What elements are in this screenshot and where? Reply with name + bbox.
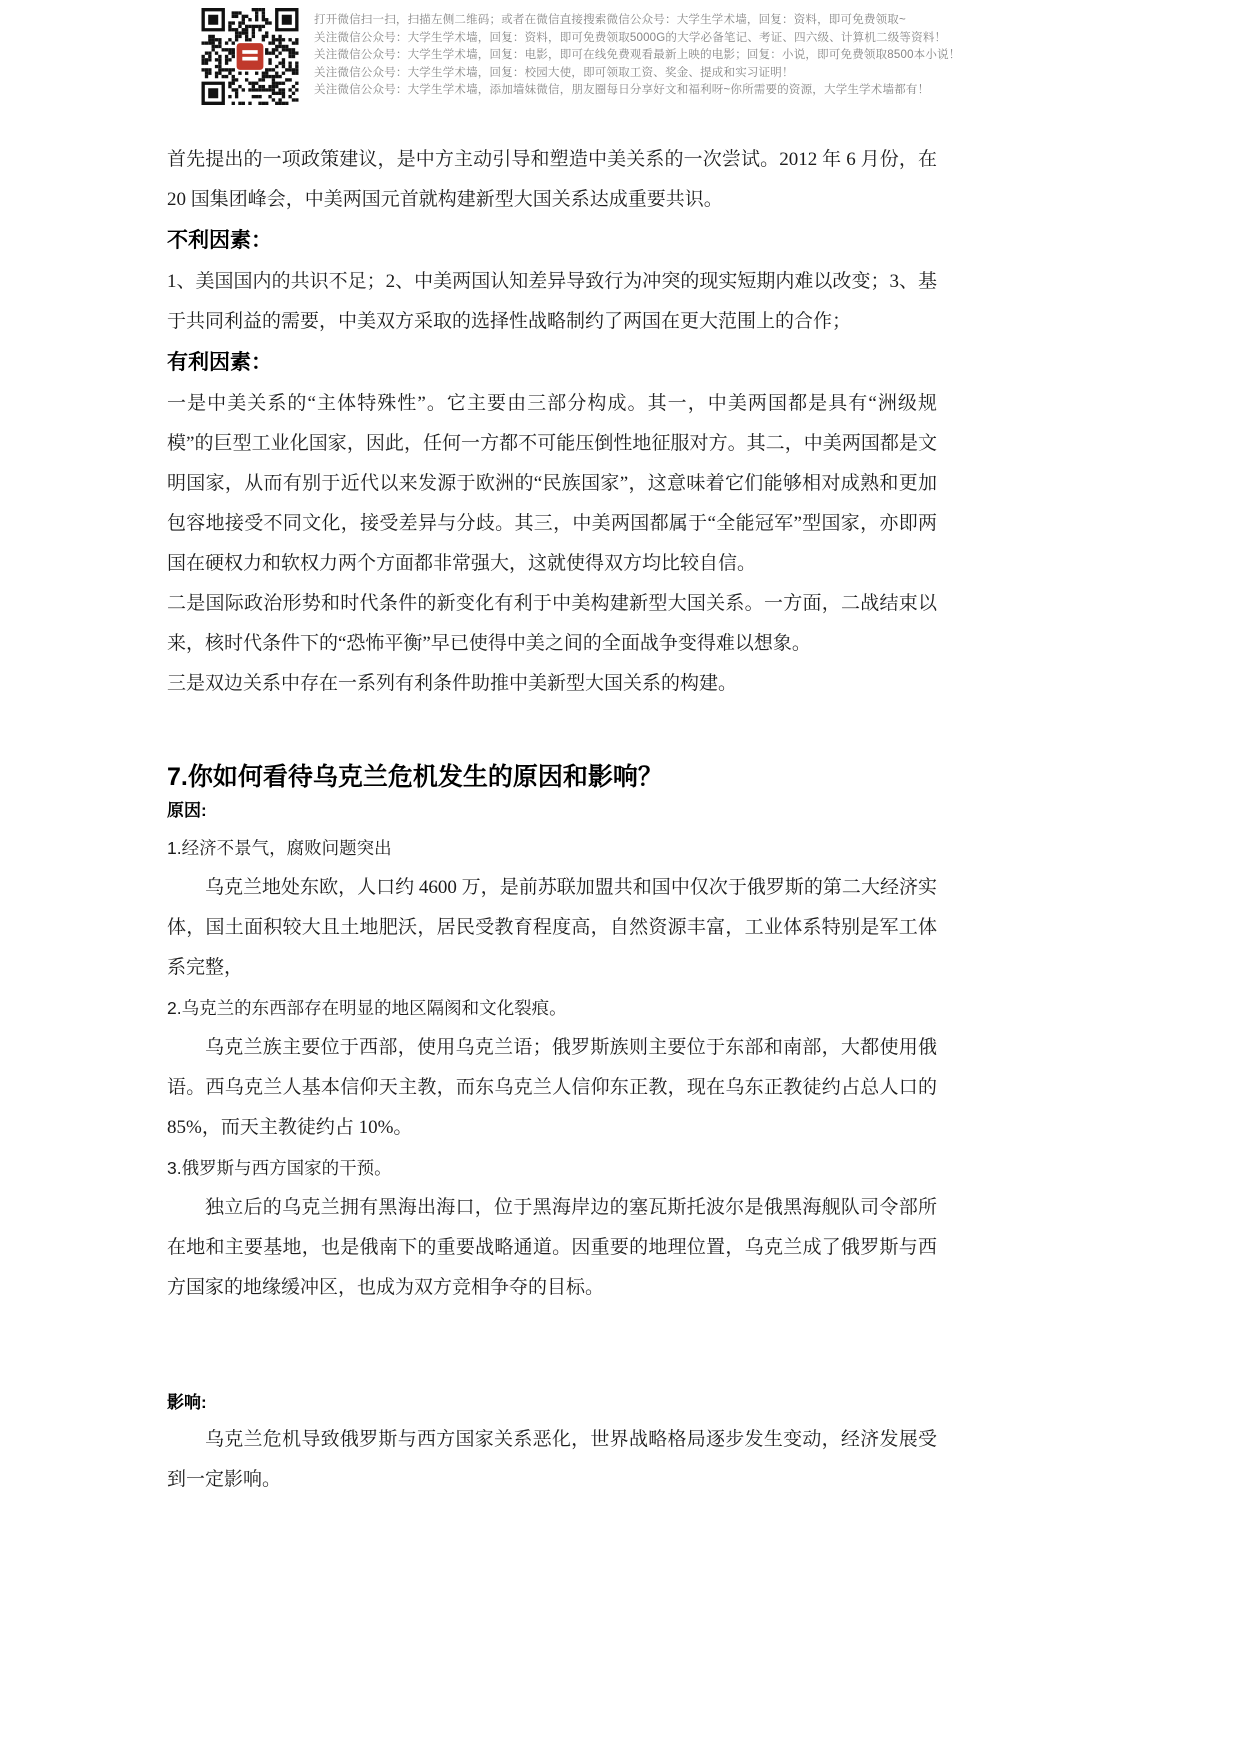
watermark-text-lines: 打开微信扫一扫，扫描左侧二维码；或者在微信直接搜索微信公众号：大学生学术墙，回复… [314, 8, 960, 100]
causes-heading: 原因: [167, 794, 937, 828]
favorable-factor-1: 一是中美关系的“主体特殊性”。它主要由三部分构成。其一，中美两国都是具有“洲级规… [167, 384, 937, 584]
cause-3-title: 3.俄罗斯与西方国家的干预。 [167, 1148, 937, 1188]
favorable-factor-2: 二是国际政治形势和时代条件的新变化有利于中美构建新型大国关系。一方面，二战结束以… [167, 584, 937, 664]
watermark-line: 关注微信公众号：大学生学术墙，回复：资料，即可免费领取5000G的大学必备笔记、… [314, 30, 960, 48]
cause-1-detail: 乌克兰地处东欧，人口约 4600 万，是前苏联加盟共和国中仅次于俄罗斯的第二大经… [167, 868, 937, 988]
qr-code-icon [200, 8, 300, 105]
watermark-line: 打开微信扫一扫，扫描左侧二维码；或者在微信直接搜索微信公众号：大学生学术墙，回复… [314, 12, 960, 30]
qr-center-logo [237, 43, 264, 70]
wechat-watermark-header: 打开微信扫一扫，扫描左侧二维码；或者在微信直接搜索微信公众号：大学生学术墙，回复… [200, 8, 960, 105]
question-7-heading: 7.你如何看待乌克兰危机发生的原因和影响？ [167, 760, 937, 794]
cause-2-title: 2.乌克兰的东西部存在明显的地区隔阂和文化裂痕。 [167, 988, 937, 1028]
watermark-line: 关注微信公众号：大学生学术墙，回复：校园大使，即可领取工资、奖金、提成和实习证明… [314, 65, 960, 83]
intro-paragraph: 首先提出的一项政策建议，是中方主动引导和塑造中美关系的一次尝试。2012 年 6… [167, 140, 937, 220]
watermark-line: 关注微信公众号：大学生学术墙，回复：电影，即可在线免费观看最新上映的电影；回复：… [314, 47, 960, 65]
impact-heading: 影响: [167, 1386, 937, 1420]
watermark-line: 关注微信公众号：大学生学术墙，添加墙妹微信，朋友圈每日分享好文和福利呀~你所需要… [314, 82, 960, 100]
document-page: 打开微信扫一扫，扫描左侧二维码；或者在微信直接搜索微信公众号：大学生学术墙，回复… [0, 0, 1240, 1755]
unfavorable-factors-heading: 不利因素： [167, 220, 937, 262]
impact-detail: 乌克兰危机导致俄罗斯与西方国家关系恶化，世界战略格局逐步发生变动，经济发展受到一… [167, 1420, 937, 1500]
document-body: 首先提出的一项政策建议，是中方主动引导和塑造中美关系的一次尝试。2012 年 6… [167, 140, 937, 1500]
unfavorable-factors-list: 1、美国国内的共识不足；2、中美两国认知差异导致行为冲突的现实短期内难以改变；3… [167, 262, 937, 342]
cause-2-detail: 乌克兰族主要位于西部，使用乌克兰语；俄罗斯族则主要位于东部和南部，大都使用俄语。… [167, 1028, 937, 1148]
favorable-factor-3: 三是双边关系中存在一系列有利条件助推中美新型大国关系的构建。 [167, 664, 937, 704]
cause-3-detail: 独立后的乌克兰拥有黑海出海口，位于黑海岸边的塞瓦斯托波尔是俄黑海舰队司令部所在地… [167, 1188, 937, 1308]
cause-1-title: 1.经济不景气，腐败问题突出 [167, 828, 937, 868]
favorable-factors-heading: 有利因素： [167, 342, 937, 384]
